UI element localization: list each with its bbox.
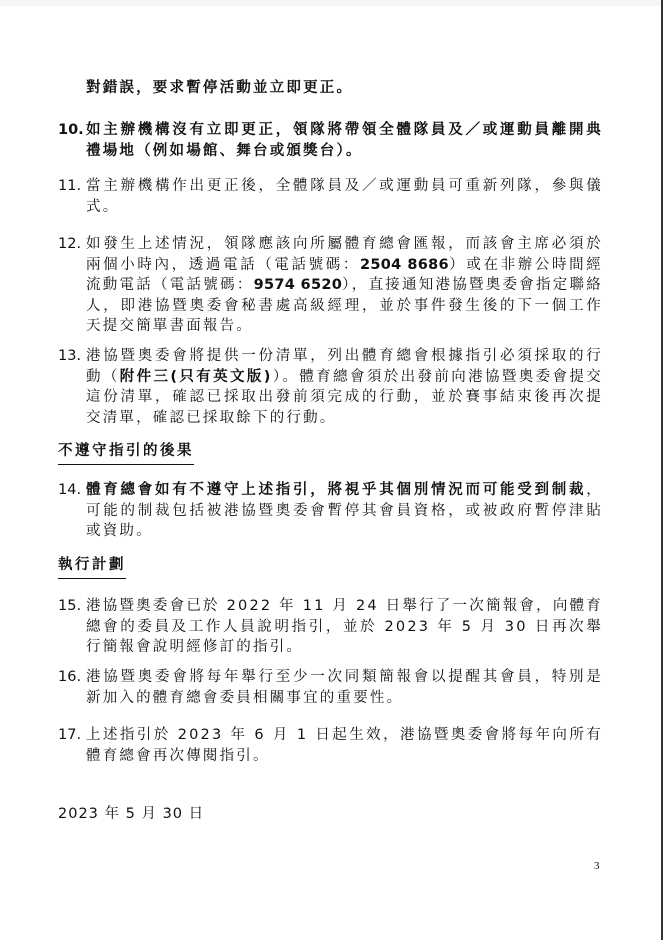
page-top-edge [0, 0, 661, 6]
clause-15: 15. 港協暨奧委會已於 2022 年 11 月 24 日舉行了一次簡報會，向體… [58, 596, 603, 658]
clause-16: 16. 港協暨奧委會將每年舉行至少一次同類簡報會以提醒其會員，特別是新加入的體育… [58, 667, 603, 708]
clause-number: 15. [58, 596, 81, 617]
clause-number: 11. [58, 176, 81, 197]
clause-text: 當主辦機構作出更正後，全體隊員及／或運動員可重新列隊，參與儀式。 [86, 178, 603, 215]
clause-10: 10. 如主辦機構沒有立即更正，領隊將帶領全體隊員及／或運動員離開典禮場地（例如… [58, 120, 603, 161]
section-implementation: 執行計劃 [58, 555, 603, 579]
clause-17: 17. 上述指引於 2023 年 6 月 1 日起生效，港協暨奧委會將每年向所有… [58, 725, 603, 766]
section-heading: 不遵守指引的後果 [58, 441, 194, 465]
mobile-phone-number: 9574 6520 [254, 277, 343, 293]
clause-text: 港協暨奧委會將每年舉行至少一次同類簡報會以提醒其會員，特別是新加入的體育總會委員… [86, 669, 603, 706]
clause-number: 13. [58, 346, 81, 367]
clause-number: 10. [58, 120, 84, 141]
office-phone-number: 2504 8686 [360, 257, 449, 273]
page-number: 3 [594, 860, 600, 872]
clause-text: 港協暨奧委會已於 2022 年 11 月 24 日舉行了一次簡報會，向體育總會的… [86, 598, 603, 655]
clause-text: 上述指引於 2023 年 6 月 1 日起生效，港協暨奧委會將每年向所有體育總會… [86, 727, 603, 764]
continuation-text: 對錯誤，要求暫停活動並立即更正。 [58, 78, 603, 99]
clause-14: 14. 體育總會如有不遵守上述指引，將視乎其個別情況而可能受到制裁，可能的制裁包… [58, 480, 603, 542]
clause-text-bold: 體育總會如有不遵守上述指引，將視乎其個別情況而可能受到制裁 [86, 482, 586, 498]
clause-11: 11. 當主辦機構作出更正後，全體隊員及／或運動員可重新列隊，參與儀式。 [58, 176, 603, 217]
clause-12: 12. 如發生上述情況，領隊應該向所屬體育總會匯報，而該會主席必須於兩個小時內，… [58, 234, 603, 337]
clause-13: 13. 港協暨奧委會將提供一份清單，列出體育總會根據指引必須採取的行動（附件三(… [58, 346, 603, 428]
clause-number: 12. [58, 234, 81, 255]
clause-number: 17. [58, 725, 81, 746]
document-date: 2023 年 5 月 30 日 [58, 802, 204, 823]
clause-number: 16. [58, 667, 81, 688]
section-heading: 執行計劃 [58, 555, 126, 579]
continuation-text-block: 對錯誤，要求暫停活動並立即更正。 [58, 78, 603, 99]
clause-text: 如主辦機構沒有立即更正，領隊將帶領全體隊員及／或運動員離開典禮場地（例如場館、舞… [86, 122, 603, 159]
document-page: 對錯誤，要求暫停活動並立即更正。 10. 如主辦機構沒有立即更正，領隊將帶領全體… [0, 0, 663, 940]
clause-number: 14. [58, 480, 81, 501]
section-consequences: 不遵守指引的後果 [58, 441, 603, 465]
annex-reference: 附件三(只有英文版) [120, 369, 273, 385]
